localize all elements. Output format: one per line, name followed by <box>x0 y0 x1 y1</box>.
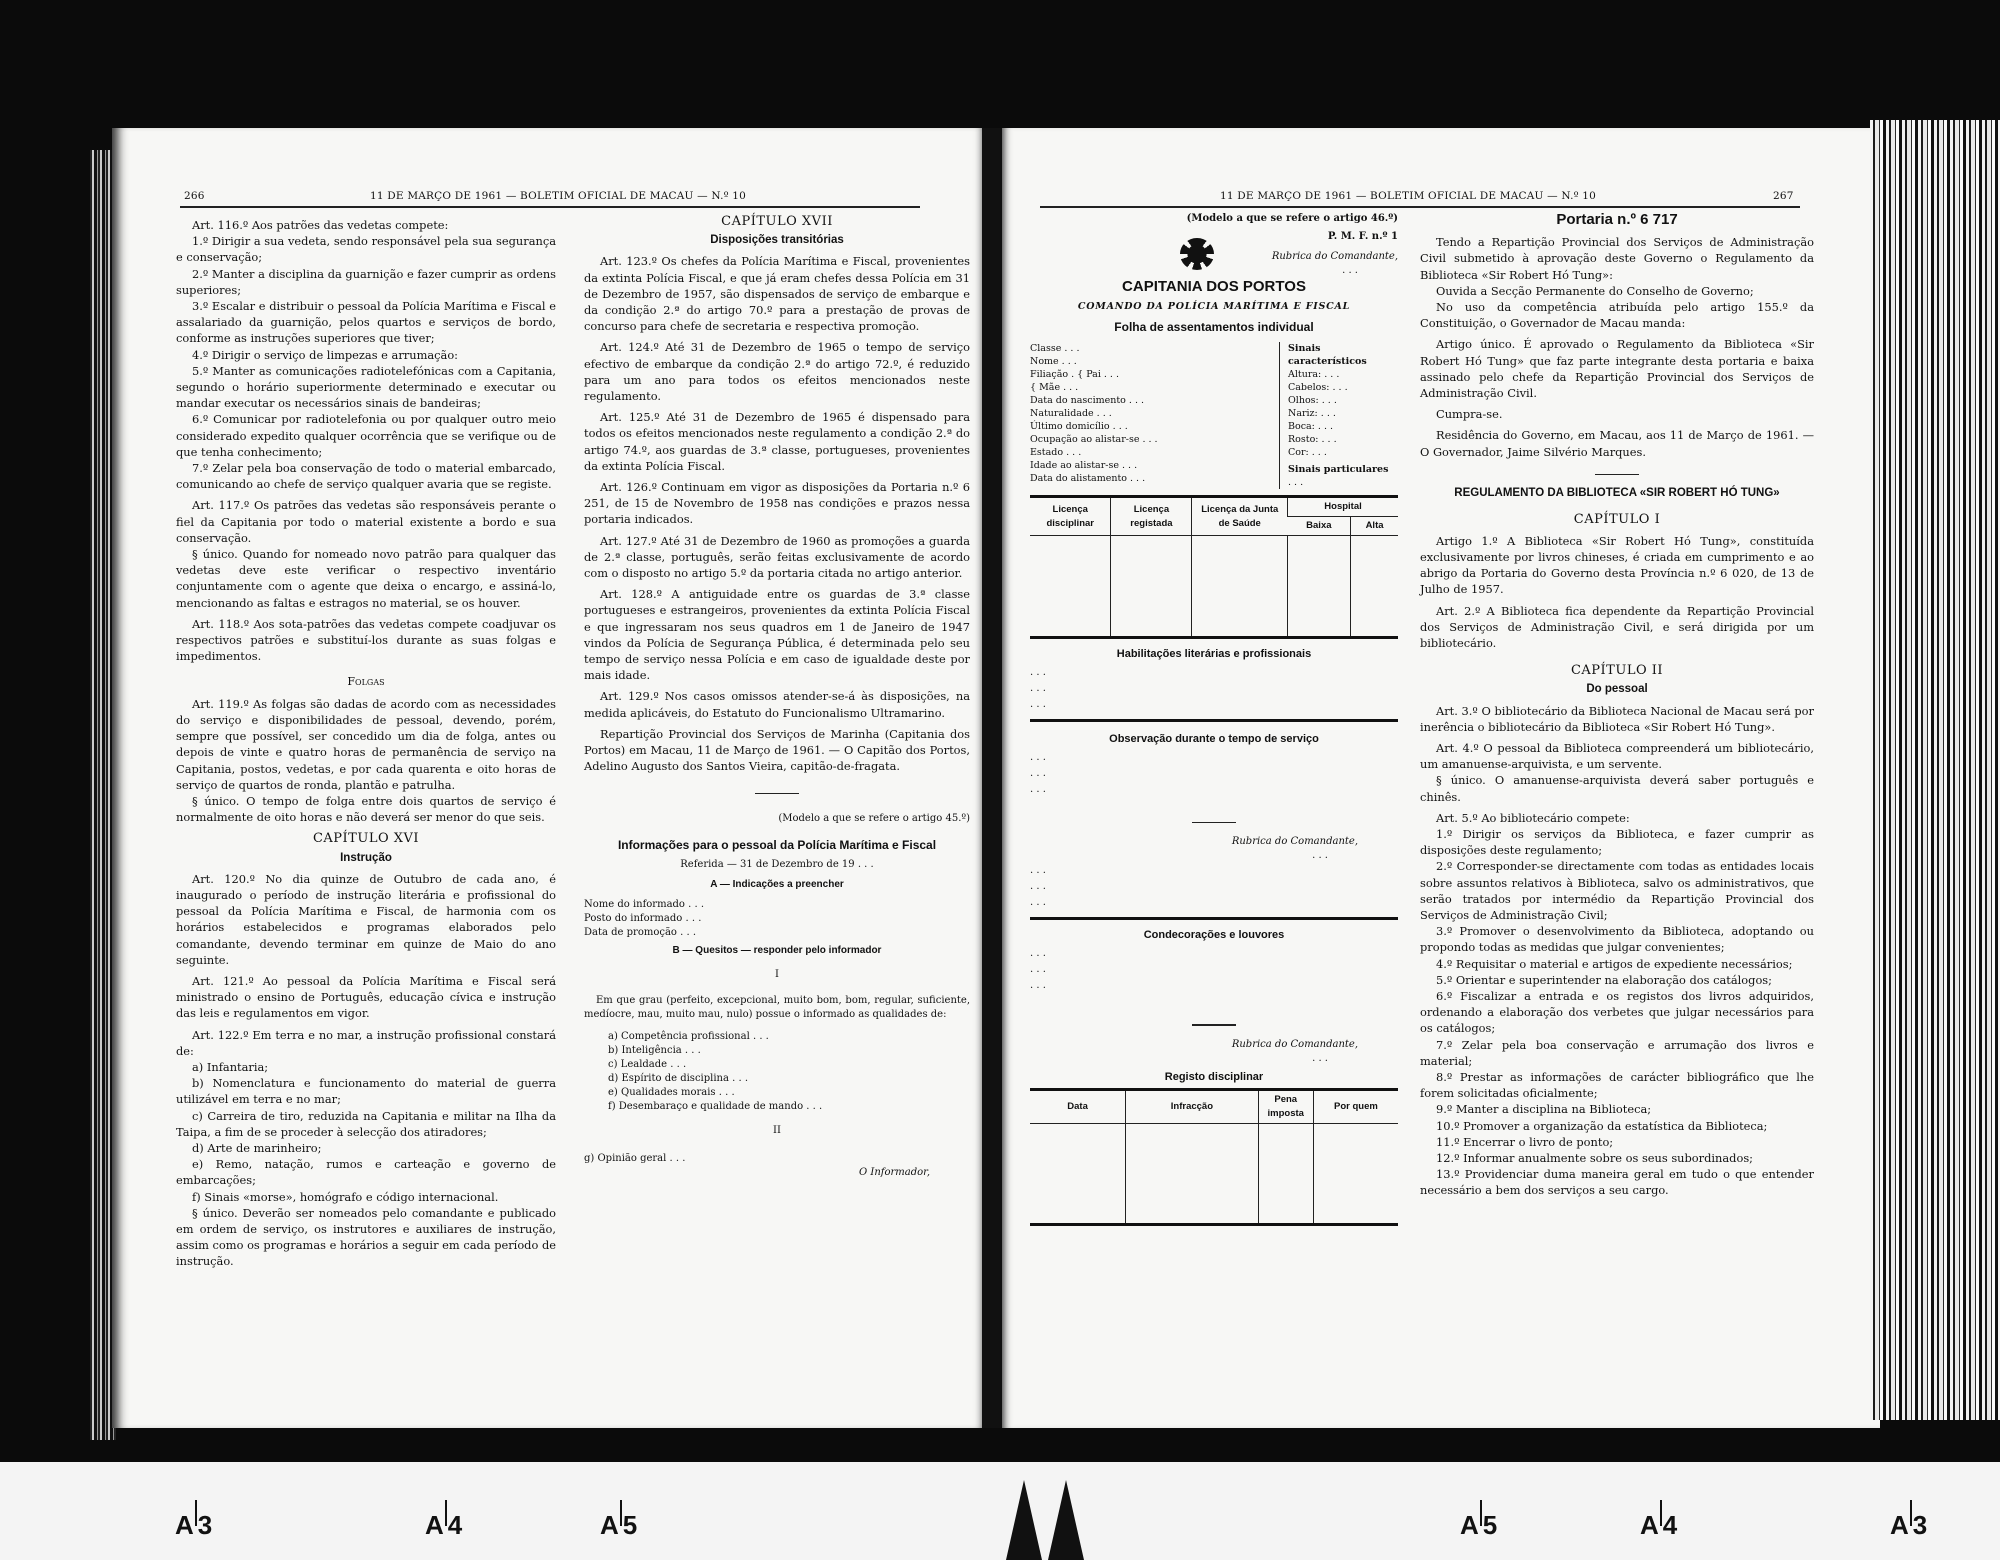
paragraph: 1.º Dirigir os serviços da Biblioteca, e… <box>1420 826 1814 858</box>
film-frame-mark: A3 <box>175 1510 212 1541</box>
section-habilitacoes: Habilitações literárias e profissionais <box>1030 647 1398 661</box>
sheet-code: P. M. F. n.º 1 <box>1272 230 1398 244</box>
paragraph: Art. 117.º Os patrões das vedetas são re… <box>176 497 556 546</box>
form-question-item: f) Desembaraço e qualidade de mando . . … <box>608 1100 970 1114</box>
reg-chapter-2: CAPÍTULO II <box>1420 663 1814 679</box>
informador-signature: O Informador, <box>584 1166 930 1180</box>
film-frame-mark: A3 <box>1890 1510 1927 1541</box>
info-form: (Modelo a que se refere o artigo 45.º) I… <box>584 812 970 1180</box>
book-fore-edge <box>1870 120 2000 1420</box>
reg-chapter-1: CAPÍTULO I <box>1420 512 1814 528</box>
paragraph: Art. 127.º Até 31 de Dezembro de 1960 as… <box>584 533 970 582</box>
paragraph: Art. 120.º No dia quinze de Outubro de c… <box>176 871 556 968</box>
right-text-column: Portaria n.º 6 717 Tendo a Repartição Pr… <box>1420 212 1814 1199</box>
chapter-16-subtitle: Instrução <box>176 850 556 866</box>
form-question-item: a) Competência profissional . . . <box>608 1030 970 1044</box>
chapter-17-subtitle: Disposições transitórias <box>584 232 970 248</box>
roman-one: I <box>584 968 970 982</box>
leave-header-hospital: Hospital <box>1288 498 1398 517</box>
condecoracoes-rubrica: Rubrica do Comandante, <box>1030 1038 1358 1052</box>
form-field-label: Data de promoção . . . <box>584 926 970 940</box>
sign-field-label: Cor: . . . <box>1288 446 1398 459</box>
sheet-rubrica-dots: . . . <box>1272 264 1358 278</box>
particular-signs-dots: . . . <box>1288 476 1398 489</box>
folgas-heading: Folgas <box>176 674 556 690</box>
personal-field-label: Ocupação ao alistar-se . . . <box>1030 433 1279 446</box>
form-question-item: e) Qualidades morais . . . <box>608 1086 970 1100</box>
sheet-title: Folha de assentamentos individual <box>1030 320 1398 334</box>
paragraph: § único. Quando for nomeado novo patrão … <box>176 546 556 611</box>
paragraph: 2.º Manter a disciplina da guarnição e f… <box>176 266 556 298</box>
signs-heading: Sinais característicos <box>1288 342 1398 368</box>
sign-field-label: Rosto: . . . <box>1288 433 1398 446</box>
section-condecoracoes: Condecorações e louvores <box>1030 928 1398 942</box>
microfilm-strip <box>0 1462 2000 1560</box>
paragraph: Tendo a Repartição Provincial dos Serviç… <box>1420 234 1814 283</box>
leave-header-registada: Licença registada <box>1111 498 1192 536</box>
personal-field-label: Idade ao alistar-se . . . <box>1030 459 1279 472</box>
paragraph: Art. 128.º A antiguidade entre os guarda… <box>584 586 970 683</box>
leave-header-junta: Licença da Junta de Saúde <box>1192 498 1288 536</box>
paragraph: f) Sinais «morse», homógrafo e código in… <box>176 1189 556 1205</box>
paragraph: Cumpra-se. <box>1420 406 1814 422</box>
form-question-item: c) Lealdade . . . <box>608 1058 970 1072</box>
paragraph: 8.º Prestar as informações de carácter b… <box>1420 1069 1814 1101</box>
film-frame-mark: A4 <box>425 1510 462 1541</box>
regulamento-title: REGULAMENTO DA BIBLIOTECA «SIR ROBERT HÓ… <box>1420 485 1814 501</box>
info-form-referida: Referida — 31 de Dezembro de 19 . . . <box>584 858 970 872</box>
chapter-17-title: CAPÍTULO XVII <box>584 214 970 230</box>
separator <box>755 793 799 795</box>
personal-field-label: Estado . . . <box>1030 446 1279 459</box>
hospital-baixa: Baixa <box>1288 517 1351 536</box>
paragraph: 3.º Promover o desenvolvimento da Biblio… <box>1420 923 1814 955</box>
personal-field-label: Nome . . . <box>1030 355 1279 368</box>
discipline-header-data: Data <box>1030 1091 1126 1124</box>
discipline-header-infraccao: Infracção <box>1126 1091 1258 1124</box>
paragraph: Art. 5.º Ao bibliotecário compete: <box>1420 810 1814 826</box>
particular-signs-heading: Sinais particulares <box>1288 463 1398 476</box>
personal-field-label: Naturalidade . . . <box>1030 407 1279 420</box>
page-number-right: 267 <box>1773 190 1794 202</box>
film-frame-mark: A5 <box>1460 1510 1497 1541</box>
gutter-marker-right <box>1048 1480 1084 1560</box>
left-column-2: CAPÍTULO XVII Disposições transitórias A… <box>584 208 970 1180</box>
paragraph: 4.º Dirigir o serviço de limpezas e arru… <box>176 347 556 363</box>
observacao-rubrica: Rubrica do Comandante, <box>1030 835 1358 849</box>
info-form-question: Em que grau (perfeito, excepcional, muit… <box>584 994 970 1022</box>
personal-field-label: Data do alistamento . . . <box>1030 472 1279 485</box>
info-form-model-ref: (Modelo a que se refere o artigo 45.º) <box>584 812 970 826</box>
paragraph: Artigo único. É aprovado o Regulamento d… <box>1420 336 1814 401</box>
page-number-left: 266 <box>184 190 205 202</box>
left-column-1: Art. 116.º Aos patrões das vedetas compe… <box>176 212 556 1270</box>
paragraph: Art. 4.º O pessoal da Biblioteca compree… <box>1420 740 1814 772</box>
paragraph: Art. 123.º Os chefes da Polícia Marítima… <box>584 253 970 334</box>
gutter-marker-left <box>1006 1480 1042 1560</box>
paragraph: 12.º Informar anualmente sobre os seus s… <box>1420 1150 1814 1166</box>
paragraph: Artigo 1.º A Biblioteca «Sir Robert Hó T… <box>1420 533 1814 598</box>
form-question-item: b) Inteligência . . . <box>608 1044 970 1058</box>
paragraph: 5.º Manter as comunicações radiotelefóni… <box>176 363 556 412</box>
paragraph: e) Remo, natação, rumos e carteação e go… <box>176 1156 556 1188</box>
paragraph: § único. O amanuense-arquivista deverá s… <box>1420 772 1814 804</box>
paragraph: 7.º Zelar pela boa conservação de todo o… <box>176 460 556 492</box>
info-form-title: Informações para o pessoal da Polícia Ma… <box>584 838 970 852</box>
chapter-16-title: CAPÍTULO XVI <box>176 831 556 847</box>
paragraph: Art. 124.º Até 31 de Dezembro de 1965 o … <box>584 339 970 404</box>
paragraph: 6.º Comunicar por radiotelefonia ou por … <box>176 411 556 460</box>
paragraph: No uso da competência atribuída pelo art… <box>1420 299 1814 331</box>
paragraph: Art. 2.º A Biblioteca fica dependente da… <box>1420 603 1814 652</box>
paragraph: § único. O tempo de folga entre dois qua… <box>176 793 556 825</box>
sign-field-label: Olhos: . . . <box>1288 394 1398 407</box>
paragraph: 9.º Manter a disciplina na Biblioteca; <box>1420 1101 1814 1117</box>
paragraph: 13.º Providenciar duma maneira geral em … <box>1420 1166 1814 1198</box>
paragraph: Art. 119.º As folgas são dadas de acordo… <box>176 696 556 793</box>
discipline-header-pena: Pena imposta <box>1258 1091 1313 1124</box>
paragraph: § único. Deverão ser nomeados pelo coman… <box>176 1205 556 1270</box>
portaria-title: Portaria n.º 6 717 <box>1420 212 1814 228</box>
paragraph: Art. 3.º O bibliotecário da Biblioteca N… <box>1420 703 1814 735</box>
leave-table: Licença disciplinar Licença registada Li… <box>1030 498 1398 636</box>
paragraph: b) Nomenclatura e funcionamento do mater… <box>176 1075 556 1107</box>
paragraph: Art. 121.º Ao pessoal da Polícia Marítim… <box>176 973 556 1022</box>
paragraph: a) Infantaria; <box>176 1059 556 1075</box>
paragraph: 6.º Fiscalizar a entrada e os registos d… <box>1420 988 1814 1037</box>
paragraph: Art. 125.º Até 31 de Dezembro de 1965 é … <box>584 409 970 474</box>
paragraph: Repartição Provincial dos Serviços de Ma… <box>584 726 970 775</box>
paragraph: 11.º Encerrar o livro de ponto; <box>1420 1134 1814 1150</box>
sheet-model-ref: (Modelo a que se refere o artigo 46.º) <box>1030 212 1398 226</box>
form-question-item: d) Espírito de disciplina . . . <box>608 1072 970 1086</box>
film-frame-mark: A5 <box>600 1510 637 1541</box>
personal-field-label: Filiação . { Pai . . . <box>1030 368 1279 381</box>
paragraph: 2.º Corresponder-se directamente com tod… <box>1420 858 1814 923</box>
form-field-label: Posto do informado . . . <box>584 912 970 926</box>
discipline-header-por-quem: Por quem <box>1313 1091 1398 1124</box>
sheet-org: CAPITANIA DOS PORTOS <box>1030 280 1398 294</box>
hospital-alta: Alta <box>1351 517 1398 536</box>
paragraph: 4.º Requisitar o material e artigos de e… <box>1420 956 1814 972</box>
reg-chapter-2-subtitle: Do pessoal <box>1420 681 1814 697</box>
book-gutter <box>982 128 1002 1428</box>
discipline-table: Data Infracção Pena imposta Por quem <box>1030 1091 1398 1224</box>
sheet-rubrica: Rubrica do Comandante, <box>1272 250 1398 264</box>
personal-field-label: { Mãe . . . <box>1030 381 1279 394</box>
coat-of-arms-icon <box>1180 238 1214 270</box>
condecoracoes-rubrica-dots: . . . <box>1030 1052 1328 1066</box>
paragraph: Residência do Governo, em Macau, aos 11 … <box>1420 427 1814 459</box>
assentamentos-form: (Modelo a que se refere o artigo 46.º) P… <box>1030 212 1398 1226</box>
opinion-field: g) Opinião geral . . . <box>584 1152 970 1166</box>
sign-field-label: Altura: . . . <box>1288 368 1398 381</box>
personal-field-label: Data do nascimento . . . <box>1030 394 1279 407</box>
info-form-section-a: A — Indicações a preencher <box>584 878 970 892</box>
head-rule-right <box>1040 206 1800 208</box>
paragraph: Art. 116.º Aos patrões das vedetas compe… <box>176 217 556 233</box>
form-field-label: Nome do informado . . . <box>584 898 970 912</box>
paragraph: 10.º Promover a organização da estatísti… <box>1420 1118 1814 1134</box>
running-head-left: 11 DE MARÇO DE 1961 — BOLETIM OFICIAL DE… <box>370 190 746 202</box>
paragraph: 3.º Escalar e distribuir o pessoal da Po… <box>176 298 556 347</box>
leave-header-disciplinar: Licença disciplinar <box>1030 498 1111 536</box>
sign-field-label: Nariz: . . . <box>1288 407 1398 420</box>
info-form-section-b: B — Quesitos — responder pelo informador <box>584 944 970 958</box>
section-observacao: Observação durante o tempo de serviço <box>1030 732 1398 746</box>
paragraph: 5.º Orientar e superintender na elaboraç… <box>1420 972 1814 988</box>
film-frame-mark: A4 <box>1640 1510 1677 1541</box>
paragraph: Art. 129.º Nos casos omissos atender-se-… <box>584 688 970 720</box>
paragraph: c) Carreira de tiro, reduzida na Capitan… <box>176 1108 556 1140</box>
personal-field-label: Último domicílio . . . <box>1030 420 1279 433</box>
paragraph: Art. 118.º Aos sota-patrões das vedetas … <box>176 616 556 665</box>
sheet-command: COMANDO DA POLÍCIA MARÍTIMA E FISCAL <box>1030 300 1398 314</box>
running-head-right: 11 DE MARÇO DE 1961 — BOLETIM OFICIAL DE… <box>1220 190 1596 202</box>
sign-field-label: Boca: . . . <box>1288 420 1398 433</box>
paragraph: Art. 122.º Em terra e no mar, a instruçã… <box>176 1027 556 1059</box>
sign-field-label: Cabelos: . . . <box>1288 381 1398 394</box>
section-registo: Registo disciplinar <box>1030 1070 1398 1084</box>
personal-field-label: Classe . . . <box>1030 342 1279 355</box>
paragraph: 7.º Zelar pela boa conservação e arrumaç… <box>1420 1037 1814 1069</box>
roman-two: II <box>584 1124 970 1138</box>
paragraph: Ouvida a Secção Permanente do Conselho d… <box>1420 283 1814 299</box>
observacao-rubrica-dots: . . . <box>1030 849 1328 863</box>
paragraph: Art. 126.º Continuam em vigor as disposi… <box>584 479 970 528</box>
paragraph: d) Arte de marinheiro; <box>176 1140 556 1156</box>
paragraph: 1.º Dirigir a sua vedeta, sendo responsá… <box>176 233 556 265</box>
